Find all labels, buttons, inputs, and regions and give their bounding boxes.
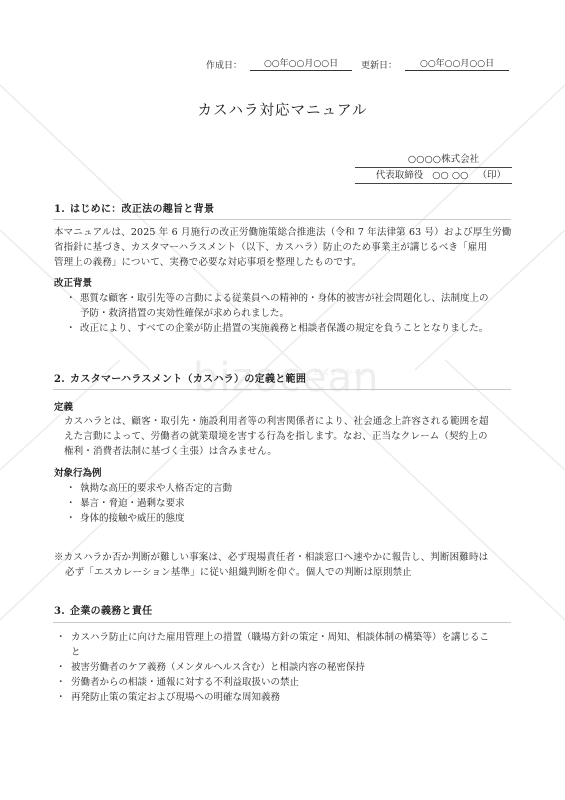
- section-1-heading: 1.はじめに：改正法の趣旨と背景: [54, 200, 214, 215]
- bullet-icon: ・: [66, 321, 76, 336]
- definition-text: カスハラとは、顧客・取引先・施設利用者等の利害関係者により、社会通念上許容される…: [64, 414, 524, 459]
- date-row: 作成日： ○○年○○月○○日 更新日： ○○年○○月○○日: [206, 55, 512, 71]
- section-divider: [53, 389, 511, 390]
- section-1-intro: 本マニュアルは、2025 年 6 月施行の改正労働施策総合推進法（令和 7 年法…: [54, 225, 524, 270]
- list-item: ・ 執拗な高圧的要求や人格否定的言動: [66, 481, 466, 496]
- obligations-list: ・ カスハラ防止に向けた雇用管理上の措置（職場方針の策定・周知、相談体制の構築等…: [56, 630, 526, 705]
- list-item: ・ 身体的接触や威圧的態度: [66, 511, 466, 526]
- section-heading-text: 企業の義務と責任: [70, 606, 152, 617]
- company-name[interactable]: ○○○○株式会社: [355, 152, 512, 168]
- list-item: ・ 暴言・脅迫・過剰な要求: [66, 496, 466, 511]
- bullet-icon: ・: [56, 630, 66, 645]
- section-number: 2.: [54, 374, 65, 385]
- section-2-heading: 2.カスタマーハラスメント（カスハラ）の定義と範囲: [54, 370, 306, 385]
- list-item-text: と: [56, 645, 526, 660]
- note-line: 必ず「エスカレーション基準」に従い組織判断を仰ぐ。個人での判断は原則禁止: [54, 565, 524, 580]
- subheading-definition: 定義: [54, 399, 73, 413]
- list-item-text: 執拗な高圧的要求や人格否定的言動: [66, 481, 466, 496]
- list-item: ・ 悪質な顧客・取引先等の言動による従業員への精神的・身体的被害が社会問題化し、…: [66, 291, 526, 321]
- list-item: ・ カスハラ防止に向けた雇用管理上の措置（職場方針の策定・周知、相談体制の構築等…: [56, 630, 526, 660]
- definition-line: カスハラとは、顧客・取引先・施設利用者等の利害関係者により、社会通念上許容される…: [64, 414, 524, 429]
- bullet-icon: ・: [56, 690, 66, 705]
- definition-line: えた言動によって、労働者の就業環境を害する行為を指します。なお、正当なクレーム（…: [64, 429, 524, 444]
- section-heading-text: はじめに：改正法の趣旨と背景: [70, 204, 214, 215]
- bullet-icon: ・: [66, 481, 76, 496]
- document-title: カスハラ対応マニュアル: [0, 99, 565, 120]
- list-item: ・ 労働者からの相談・通報に対する不利益取扱いの禁止: [56, 675, 526, 690]
- section-number: 3.: [54, 606, 65, 617]
- list-item-text: 被害労働者のケア義務（メンタルヘルス含む）と相談内容の秘密保持: [56, 660, 526, 675]
- rep-name[interactable]: ○○ ○○: [432, 170, 468, 181]
- created-date-label: 作成日：: [206, 58, 242, 71]
- section-3-heading: 3.企業の義務と責任: [54, 602, 152, 617]
- examples-list: ・ 執拗な高圧的要求や人格否定的言動 ・ 暴言・脅迫・過剰な要求 ・ 身体的接触…: [66, 481, 466, 526]
- bullet-icon: ・: [56, 660, 66, 675]
- list-item-text: 再発防止策の策定および現場への明確な周知義務: [56, 690, 526, 705]
- section-divider: [53, 622, 511, 623]
- list-item: ・ 改正により、すべての企業が防止措置の実施義務と相談者保護の規定を負うこととな…: [66, 321, 526, 336]
- seal-mark: （印）: [477, 170, 506, 181]
- intro-line: 省指針に基づき、カスタマーハラスメント（以下、カスハラ）防止のため事業主が講じる…: [54, 240, 524, 255]
- updated-date-label: 更新日：: [361, 58, 397, 71]
- list-item-text: 身体的接触や威圧的態度: [66, 511, 466, 526]
- list-item-text: カスハラ防止に向けた雇用管理上の措置（職場方針の策定・周知、相談体制の構築等）を…: [56, 630, 526, 645]
- list-item-text: 労働者からの相談・通報に対する不利益取扱いの禁止: [56, 675, 526, 690]
- list-item-text: 予防・救済措置の実効性確保が求められました。: [66, 306, 526, 321]
- document-page: bizocean ビズオーシャン 作成日： ○○年○○月○○日 更新日： ○○年…: [0, 0, 565, 800]
- bullet-icon: ・: [66, 291, 76, 306]
- list-item-text: 暴言・脅迫・過剰な要求: [66, 496, 466, 511]
- background-list: ・ 悪質な顧客・取引先等の言動による従業員への精神的・身体的被害が社会問題化し、…: [66, 291, 526, 336]
- escalation-note: ※カスハラか否か判断が難しい事案は、必ず現場責任者・相談窓口へ速やかに報告し、判…: [54, 550, 524, 580]
- note-line: ※カスハラか否か判断が難しい事案は、必ず現場責任者・相談窓口へ速やかに報告し、判…: [54, 550, 524, 565]
- created-date-field[interactable]: ○○年○○月○○日: [250, 56, 352, 71]
- definition-line: 権利・消費者法制に基づく主張）は含みません。: [64, 444, 524, 459]
- subheading-background: 改正背景: [54, 275, 92, 289]
- section-divider: [53, 219, 511, 220]
- bullet-icon: ・: [66, 511, 76, 526]
- list-item-text: 改正により、すべての企業が防止措置の実施義務と相談者保護の規定を負うこととなりま…: [66, 321, 526, 336]
- list-item-text: 悪質な顧客・取引先等の言動による従業員への精神的・身体的被害が社会問題化し、法制…: [66, 291, 526, 306]
- company-block: ○○○○株式会社 代表取締役 ○○ ○○ （印）: [355, 152, 512, 184]
- section-number: 1.: [54, 204, 65, 215]
- subheading-examples: 対象行為例: [54, 465, 102, 479]
- list-item: ・ 被害労働者のケア義務（メンタルヘルス含む）と相談内容の秘密保持: [56, 660, 526, 675]
- rep-title: 代表取締役: [376, 170, 424, 181]
- updated-date-field[interactable]: ○○年○○月○○日: [405, 56, 509, 71]
- bullet-icon: ・: [66, 496, 76, 511]
- intro-line: 本マニュアルは、2025 年 6 月施行の改正労働施策総合推進法（令和 7 年法…: [54, 225, 524, 240]
- section-heading-text: カスタマーハラスメント（カスハラ）の定義と範囲: [70, 374, 306, 385]
- bullet-icon: ・: [56, 675, 66, 690]
- representative-row: 代表取締役 ○○ ○○ （印）: [355, 168, 512, 184]
- list-item: ・ 再発防止策の策定および現場への明確な周知義務: [56, 690, 526, 705]
- intro-line: 管理上の義務」について、実務で必要な対応事項を整理したものです。: [54, 255, 524, 270]
